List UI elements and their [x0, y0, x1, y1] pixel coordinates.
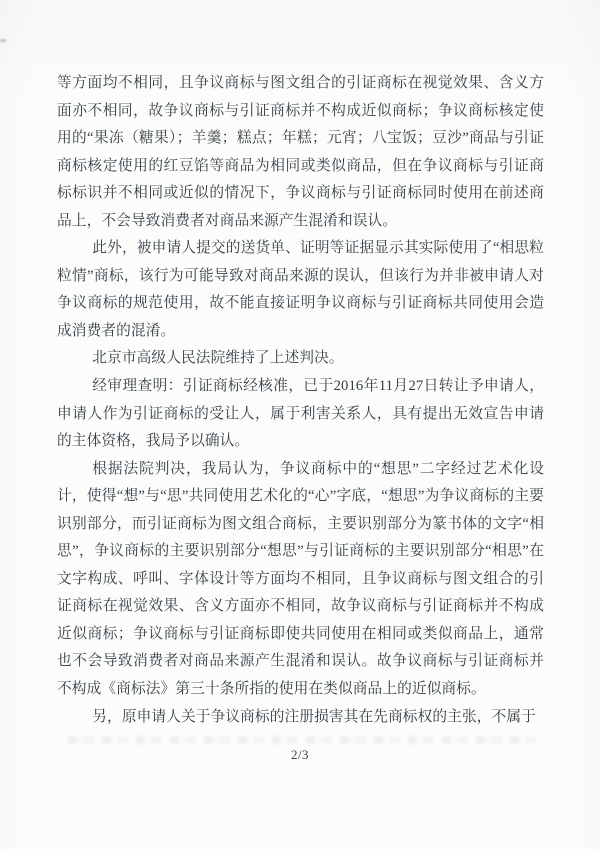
paragraph: 等方面均不相同，且争议商标与图文组合的引证商标在视觉效果、含义方面亦不相同，故争… — [57, 70, 544, 235]
paragraph: 此外，被申请人提交的送货单、证明等证据显示其实际使用了“相思粒粒情”商标，该行为… — [57, 235, 544, 345]
page-number: 2/3 — [0, 747, 600, 763]
paragraph: 经审理查明：引证商标经核准，已于2016年11月27日转让予申请人，申请人作为引… — [57, 373, 544, 456]
scan-edge-artifact — [0, 39, 6, 42]
document-text: 等方面均不相同，且争议商标与图文组合的引证商标在视觉效果、含义方面亦不相同，故争… — [57, 70, 544, 731]
paragraph: 另，原申请人关于争议商标的注册损害其在先商标权的主张，不属于 — [57, 704, 544, 732]
document-page: 等方面均不相同，且争议商标与图文组合的引证商标在视觉效果、含义方面亦不相同，故争… — [0, 0, 600, 849]
paragraph: 北京市高级人民法院维持了上述判决。 — [57, 345, 544, 373]
bleed-through-artifact — [68, 736, 540, 744]
paragraph: 根据法院判决，我局认为，争议商标中的“想思”二字经过艺术化设计，使得“想”与“思… — [57, 456, 544, 704]
